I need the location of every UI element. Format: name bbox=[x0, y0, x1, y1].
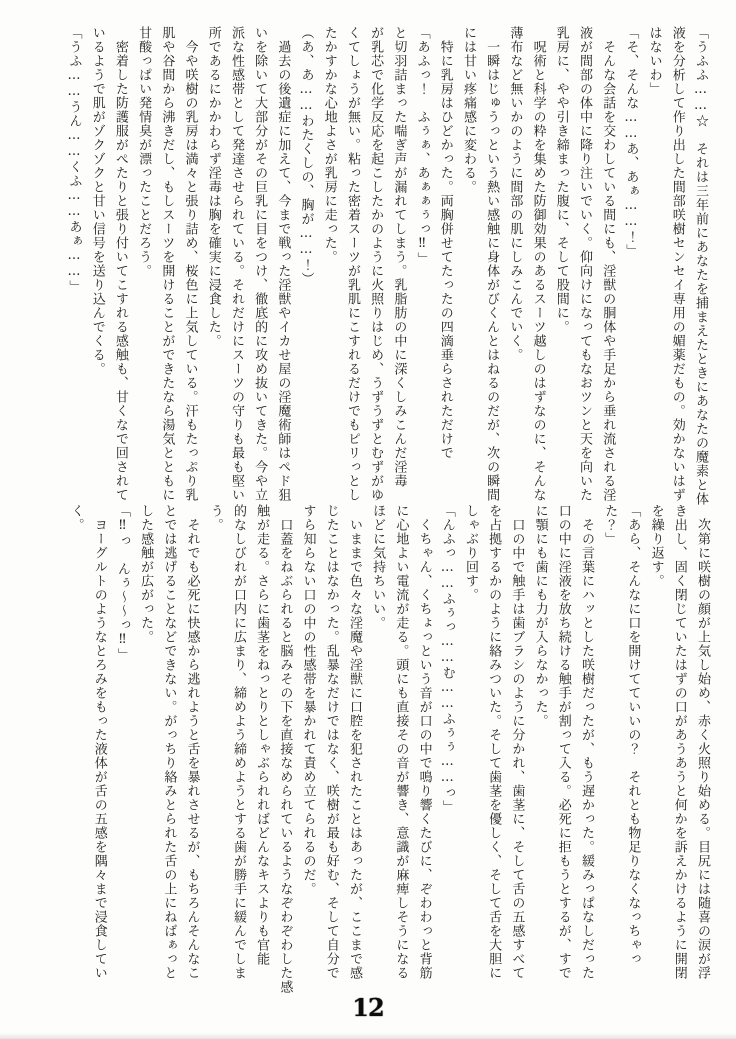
text-column: した感触が広がった。 bbox=[134, 504, 157, 982]
text-column: に心地よい電流が走る。頭にも直接その音が響き、意識が麻痺しそうになる bbox=[389, 504, 412, 982]
page-number: 12 bbox=[352, 993, 383, 1022]
text-column: それでも必死に快感から逃れようと舌を暴れさせるが、もちろんそんなこ bbox=[180, 504, 203, 982]
text-column: 液を分析して作り出した間部咲樹センセイ専用の媚薬だもの。効かないはず bbox=[666, 26, 689, 504]
text-column: 特に乳房はひどかった。両胸併せてたったの四滴垂らされただけで bbox=[434, 26, 457, 504]
text-column: 肌や谷間から沸きだし、もしスーツを開けることができたなら湯気とともに bbox=[155, 26, 178, 504]
text-column: 所であるにかかわらず淫毒は胸を確実に浸食した。 bbox=[202, 26, 225, 504]
text-column: 甘酸っぱい発情臭が漂ったことだろう。 bbox=[132, 26, 155, 504]
text-column: 口の中で触手は歯ブラシのように分かれ、歯茎に、そして舌の五感すべて bbox=[505, 504, 528, 982]
text-column: （あ、あ……わたくしの、胸が……！） bbox=[294, 26, 317, 504]
text-column: いを除いて大部分がその巨乳に目をつけ、徹底的に攻め抜いてきた。今や立 bbox=[248, 26, 271, 504]
text-column: 呪術と科学の粋を集めた防御効果のあるスーツ越しのはずなのに、そんな bbox=[526, 26, 549, 504]
scan-shadow bbox=[0, 1033, 736, 1039]
text-column: はないわ」 bbox=[642, 26, 665, 504]
text-column: くちゃん、くちょっという音が口の中で鳴り響くたびに、ぞわわっと背筋 bbox=[412, 504, 435, 982]
text-column: 「んふっ……ふぅっ……む……ふぅぅ……っ」 bbox=[436, 504, 459, 982]
text-column: ほどに気持ちいい。 bbox=[366, 504, 389, 982]
text-column: 薄布など無いかのように間部の肌にしみこんでいく。 bbox=[503, 26, 526, 504]
text-column: 次第に咲樹の顔が上気し始め、赤く火照り始める。目尻には随喜の涙が浮 bbox=[691, 504, 714, 982]
text-column: には甘い疼痛感に変わる。 bbox=[457, 26, 480, 504]
text-column: 「うふふ……☆ それは三年前にあなたを捕まえたときにあなたの魔素と体 bbox=[689, 26, 712, 504]
text-column: う。 bbox=[204, 504, 227, 982]
text-column: を繰り返す。 bbox=[644, 504, 667, 982]
text-column: しゃぶり回す。 bbox=[459, 504, 482, 982]
text-column: 触が走る。さらに歯茎をねっとりとしゃぶられればどんなキスよりも官能 bbox=[250, 504, 273, 982]
text-column: 口の中に淫液を放ち続ける触手が割って入る。必死に拒もうとするが、すで bbox=[552, 504, 575, 982]
text-column: 過去の後遺症に加えて、今まで戦った淫獣やイカせ屋の淫魔術師はペド狙 bbox=[271, 26, 294, 504]
text-column: とでは逃げることなどできない。がっちり絡みとられた舌の上にねばぁっと bbox=[157, 504, 180, 982]
text-column: き出し、固く閉じていたはずの口があうあうと何かを訴えかけるように開閉 bbox=[668, 504, 691, 982]
text-column: 今や咲樹の乳房は満々と張り詰め、桜色に上気している。汗もたっぷり乳 bbox=[178, 26, 201, 504]
text-column: その言葉にハッとした咲樹だったが、もう遅かった。緩みっぱなしだった bbox=[575, 504, 598, 982]
text-column: た？」 bbox=[598, 504, 621, 982]
text-column: 「‼っ んぅ～～っ‼」 bbox=[111, 504, 134, 982]
text-column: に顎にも歯にも力が入らなかった。 bbox=[528, 504, 551, 982]
text-column: そんな会話を交わしている間にも、淫獣の胴体や手足から垂れ流される淫 bbox=[596, 26, 619, 504]
text-column: 口蓋をねぶられると脳みその下を直接なめられているようなぞわぞわした感 bbox=[273, 504, 296, 982]
text-column: いままで色々な淫魔や淫獣に口腔を犯されたことはあったが、ここまで感 bbox=[343, 504, 366, 982]
text-column: いるようで肌がゾクゾクと甘い信号を送り込んでくる。 bbox=[86, 26, 109, 504]
text-column: く。 bbox=[64, 504, 87, 982]
text-column: が乳芯で化学反応を起こしたかのように火照りはじめ、うずうずとむずがゆ bbox=[364, 26, 387, 504]
text-column: 「あら、そんなに口を開けてていいの？ それとも物足りなくなっちゃっ bbox=[621, 504, 644, 982]
text-column: 「そ、そんな……あ、あぁ……！」 bbox=[619, 26, 642, 504]
text-column: 一瞬はじゅうっという熱い感触に身体がびくんとはねるのだが、次の瞬間 bbox=[480, 26, 503, 504]
text-column: 液が間部の体中に降り注いでいく。仰向けになってもなおツンと天を向いた bbox=[573, 26, 596, 504]
text-column: 乳房に、やや引き締まった腹に、そして股間に。 bbox=[550, 26, 573, 504]
text-column: 「あふっ！ ふぅぁ、あぁぁぅっ‼」 bbox=[410, 26, 433, 504]
text-column: と切羽詰まった喘ぎ声が漏れてしまう。乳脂肪の中に深くしみこんだ淫毒 bbox=[387, 26, 410, 504]
text-column: 派な性感帯として発達させられている。それだけにスーツの守りも最も堅い bbox=[225, 26, 248, 504]
text-column: すら知らない口の中の性感帯を暴かれて責め立てられるのだ。 bbox=[296, 504, 319, 982]
text-column: 「うふ……うん……くふ……あぁ……」 bbox=[62, 26, 85, 504]
text-column: ヨーグルトのようなとろみをもった液体が舌の五感を隅々まで浸食してい bbox=[88, 504, 111, 982]
top-text-block: 「うふふ……☆ それは三年前にあなたを捕まえたときにあなたの魔素と体液を分析して… bbox=[52, 26, 712, 504]
text-column: を占拠するかのように絡みついた。そして歯茎を優しく、そして舌を大胆に bbox=[482, 504, 505, 982]
text-column: たかすかな心地よさが乳房に走った。 bbox=[318, 26, 341, 504]
bottom-text-block: 次第に咲樹の顔が上気し始め、赤く火照り始める。目尻には随喜の涙が浮き出し、固く閉… bbox=[52, 504, 714, 982]
text-column: 的なしびれが口内に広まり、締めよう締めようとする歯が勝手に緩んでしま bbox=[227, 504, 250, 982]
text-column: くてしょうが無い。粘った密着スーツが乳肌にこすれるだけでもピリっとし bbox=[341, 26, 364, 504]
text-column: じたことはなかった。乱暴なだけではなく、咲樹が最も好む、そして自分で bbox=[320, 504, 343, 982]
text-column: 密着した防護服がぺたりと張り付いてこすれる感触も、甘くなで回されて bbox=[109, 26, 132, 504]
novel-page: 「うふふ……☆ それは三年前にあなたを捕まえたときにあなたの魔素と体液を分析して… bbox=[0, 0, 736, 1039]
